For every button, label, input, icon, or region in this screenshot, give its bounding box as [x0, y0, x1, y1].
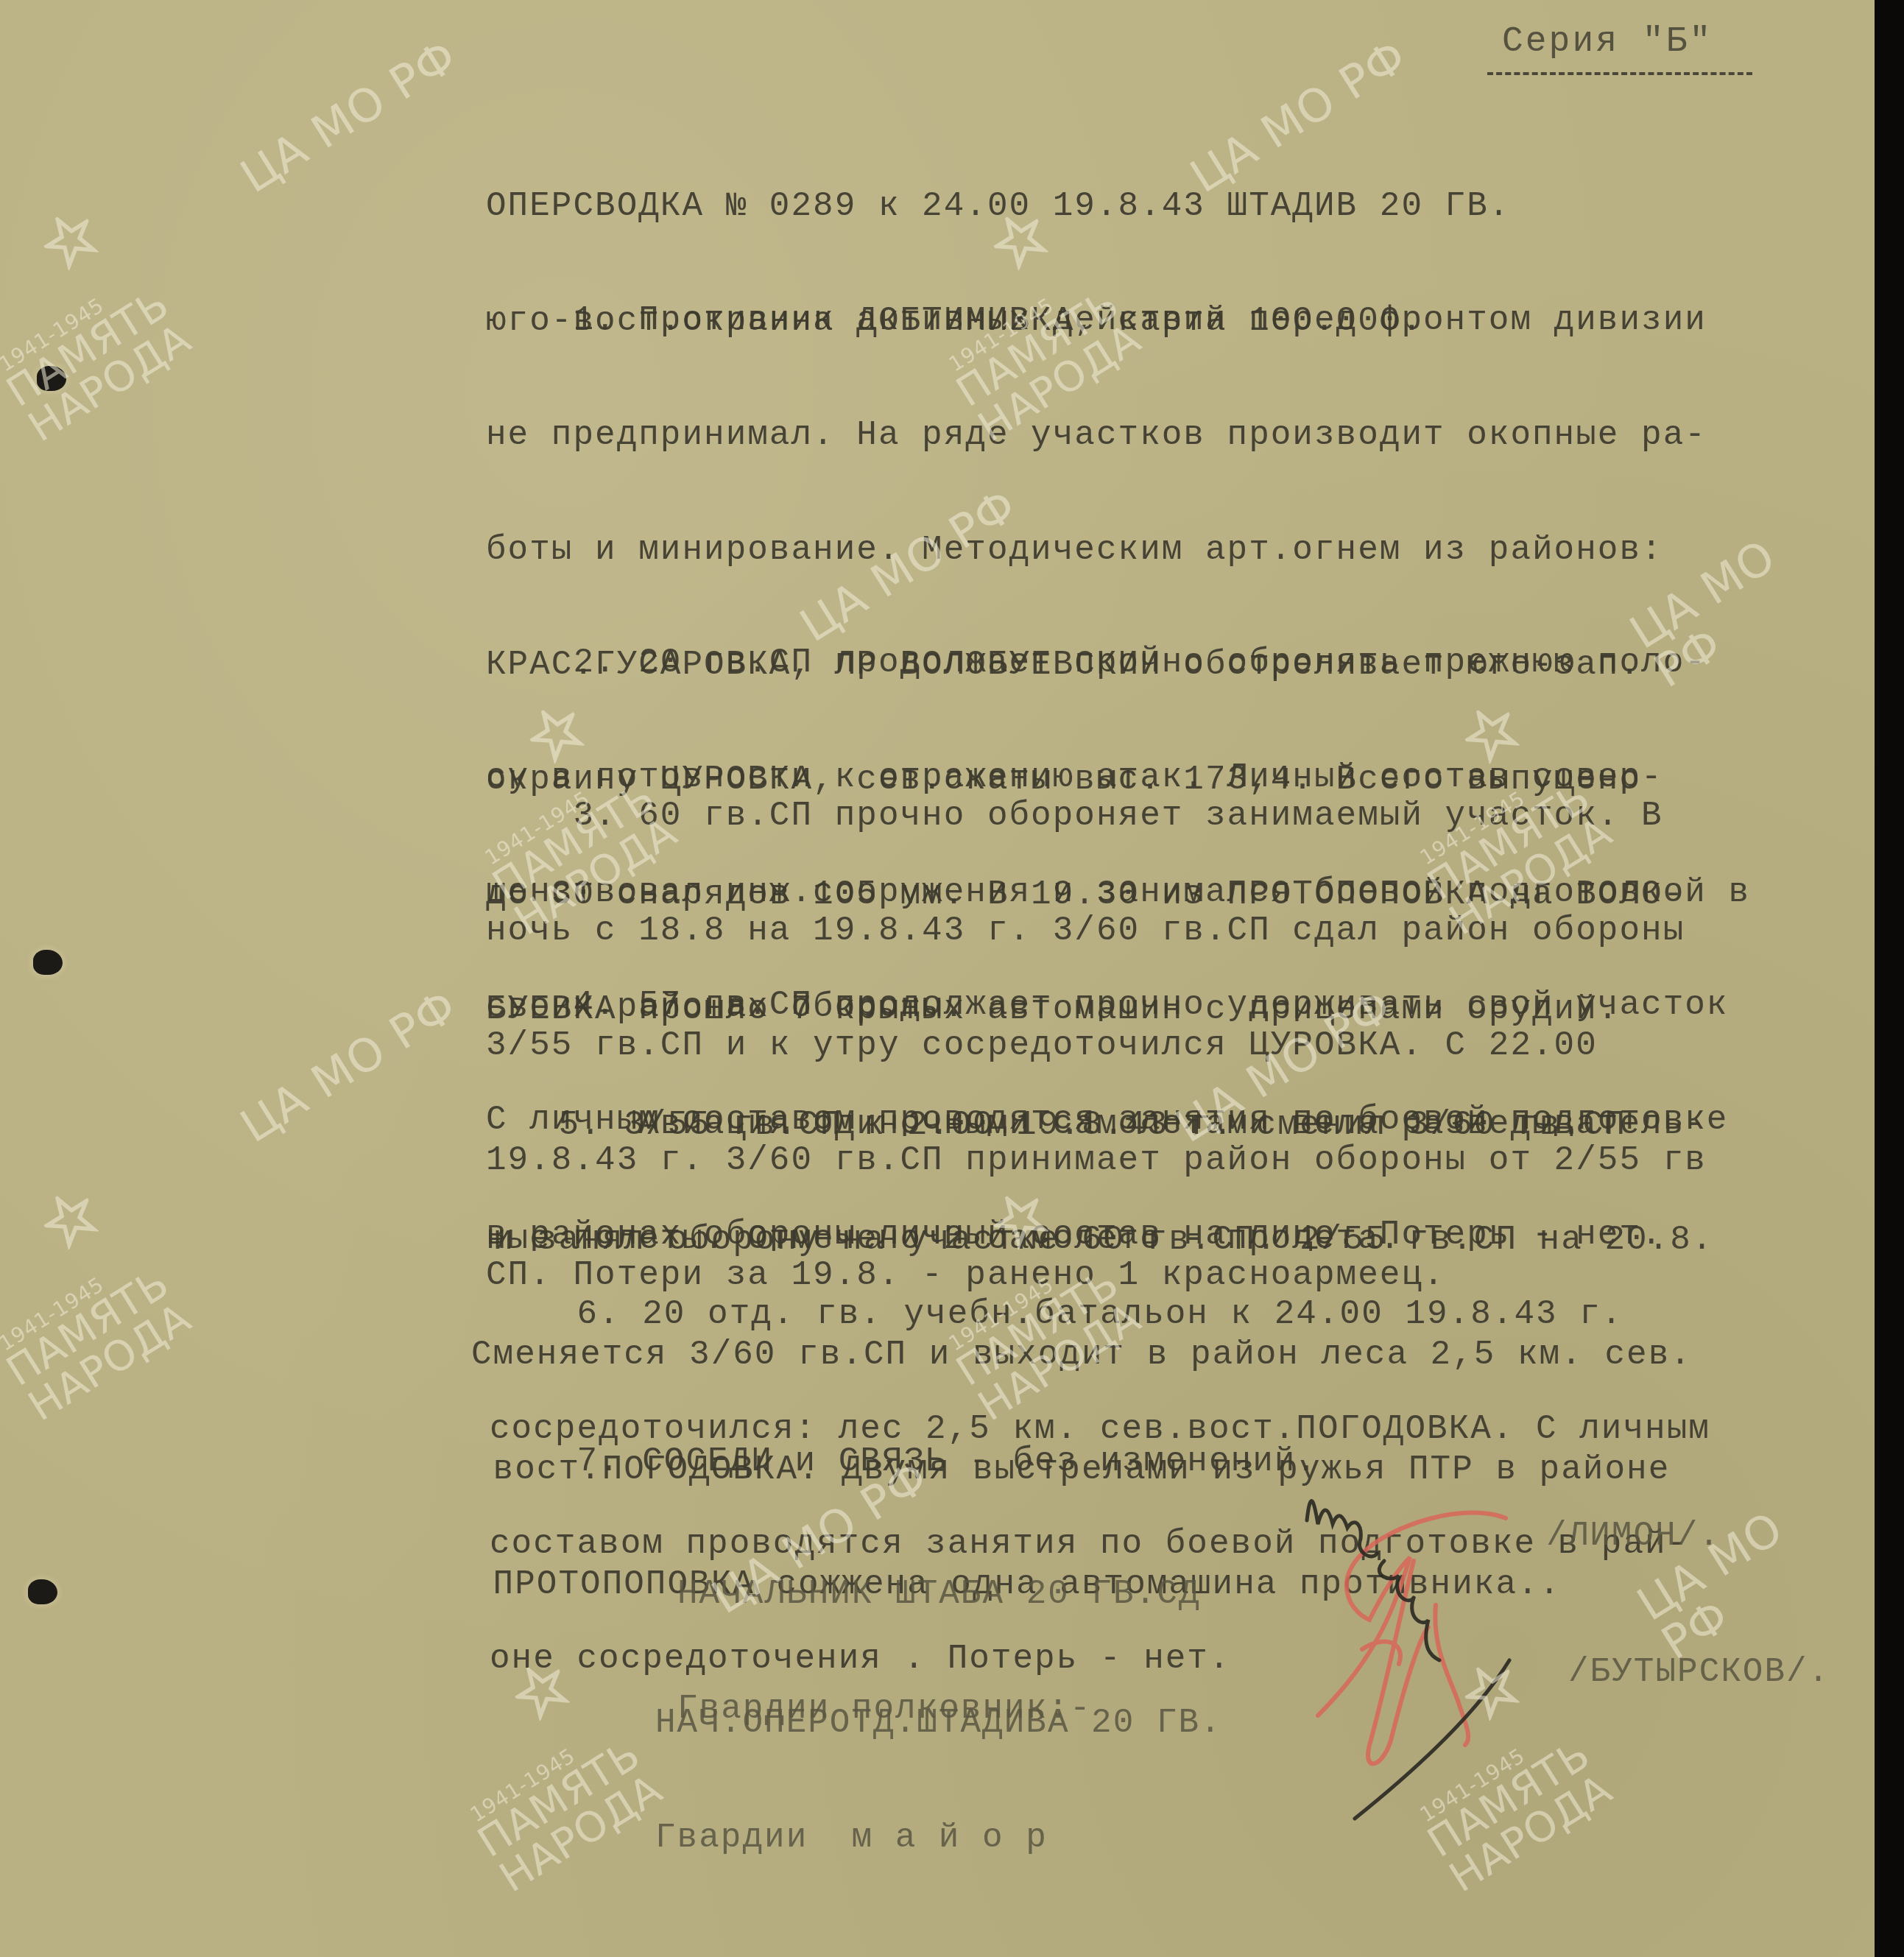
signatory-title: НАЧ.ОПЕРОТД.ШТАДИВА 20 ГВ.	[655, 1704, 1222, 1742]
document-page: Серия "Б" ОПЕРСВОДКА № 0289 к 24.00 19.8…	[0, 0, 1876, 1957]
red-pencil-signature	[1318, 1513, 1506, 1764]
text-line: 5. 3/55 гв.СП к 2.00 19.8.43 г. сменил 3…	[471, 1106, 1713, 1144]
signatory-rank: Гвардии м а й о р	[655, 1819, 1222, 1857]
text-line: 4. 57 гв.СП продолжает прочно удерживать…	[486, 986, 1728, 1024]
header-line: ОПЕРСВОДКА № 0289 к 24.00 19.8.43 ШТАДИВ…	[486, 187, 1510, 225]
binding-hole	[28, 1579, 57, 1604]
text-line: боты и минирование. Методическим арт.огн…	[486, 531, 1707, 569]
scan-border	[1875, 0, 1904, 1957]
signatory-name: /БУТЫРСКОВ/.	[1568, 1653, 1830, 1691]
watermark-camo: ЦА МО РФ	[233, 32, 465, 200]
series-label: Серия "Б"	[1502, 22, 1713, 62]
watermark-camo: ЦА МО РФ	[233, 982, 465, 1150]
star-icon	[35, 1183, 105, 1254]
star-icon	[35, 204, 105, 275]
binding-hole	[33, 950, 63, 975]
signature-block-ops-chief: НАЧ.ОПЕРОТД.ШТАДИВА 20 ГВ. Гвардии м а й…	[655, 1627, 1222, 1933]
watermark-pamyat-naroda: 1941-1945 ПАМЯТЬ НАРОДА	[0, 266, 198, 449]
watermark-pamyat-naroda: 1941-1945 ПАМЯТЬ НАРОДА	[0, 1245, 198, 1428]
text-line: 2. 20 гв.СП продолжает прочно обронять п…	[486, 643, 1750, 682]
text-line: не предпринимал. На ряде участков произв…	[486, 416, 1707, 454]
series-underline	[1487, 72, 1752, 75]
